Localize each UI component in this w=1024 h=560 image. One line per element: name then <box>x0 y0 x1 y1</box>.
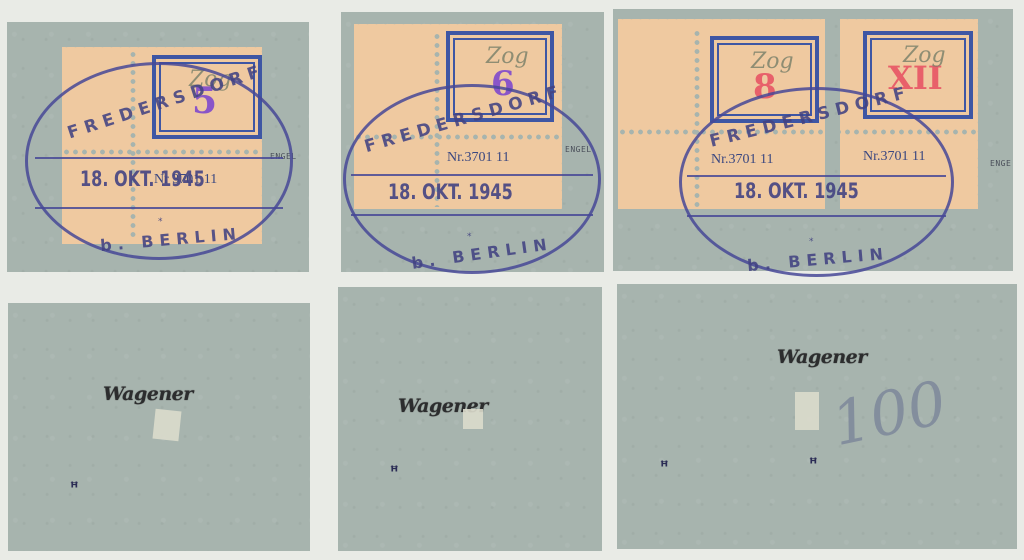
expert-mark: Wagener <box>777 346 867 368</box>
hinge-remnant <box>463 409 483 429</box>
margin-imprint: ENGEL <box>565 145 592 154</box>
expert-symbol: ꟸ <box>660 459 669 475</box>
hinge-remnant <box>795 392 819 430</box>
control-number: Nr.3701 11 <box>863 149 925 165</box>
pencil-note: 100 <box>826 368 953 460</box>
piece-3-reverse: Wagener 100 ꟸ ꟸ <box>617 284 1017 549</box>
handwritten-signature: Zog <box>903 43 946 68</box>
handwritten-signature: Zog <box>189 67 232 92</box>
control-number: Nr.3701 11 <box>711 152 773 168</box>
margin-imprint: ENGEL <box>270 152 297 161</box>
handwritten-signature: Zog <box>486 44 529 69</box>
hinge-remnant <box>153 409 182 442</box>
control-number: Nr.3701 11 <box>447 150 509 166</box>
margin-imprint: ENGE <box>990 159 1011 168</box>
expert-symbol: ꟸ <box>390 464 399 480</box>
handwritten-signature: Zog <box>751 49 794 74</box>
expert-symbol: ꟸ <box>809 456 818 472</box>
piece-3-front: 8 Zog XII Zog Nr.3701 11 Nr.3701 11 ENGE… <box>613 9 1013 271</box>
control-number: Nr 3701 11 <box>154 172 217 188</box>
piece-2-reverse: Wagener ꟸ <box>338 287 602 551</box>
stamp-value: 6 <box>491 64 515 104</box>
piece-2-front: 6 Zog Nr.3701 11 ENGEL 18. OKT. 1945 FRE… <box>341 12 604 272</box>
piece-1-reverse: Wagener ꟸ <box>8 303 310 551</box>
expert-symbol: ꟸ <box>70 480 79 496</box>
expert-mark: Wagener <box>103 383 193 405</box>
piece-1-front: 5 Zog Nr 3701 11 ENGEL 18. OKT. 1945 FRE… <box>7 22 309 272</box>
